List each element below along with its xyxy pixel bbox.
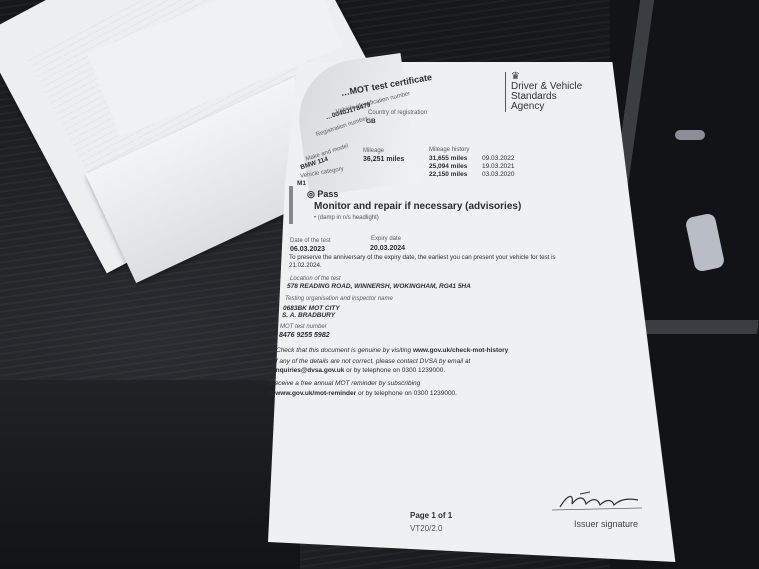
mileage-value: 36,251 miles bbox=[363, 156, 404, 163]
result-pass: ◎ Pass bbox=[307, 189, 338, 200]
reminder-line1: Receive a free annual MOT reminder by su… bbox=[270, 380, 420, 387]
location-label: Location of the test bbox=[290, 276, 341, 282]
org-line1: 0683BK MOT CITY bbox=[283, 305, 340, 312]
test-number-label: MOT test number bbox=[280, 324, 327, 330]
category-value: M1 bbox=[297, 180, 306, 187]
dvsa-email-link[interactable]: enquiries@dvsa.gov.uk bbox=[272, 367, 344, 374]
result-bar bbox=[289, 186, 293, 224]
org-label: Testing organisation and inspector name bbox=[285, 296, 393, 302]
form-code: VT20/2.0 bbox=[410, 524, 442, 533]
expiry-value: 20.03.2024 bbox=[370, 245, 405, 252]
anniversary-note: To preserve the anniversary of the expir… bbox=[289, 254, 579, 270]
mileage-label: Mileage bbox=[363, 148, 384, 154]
location-value: 578 READING ROAD, WINNERSH, WOKINGHAM, R… bbox=[287, 283, 471, 290]
issuer-signature bbox=[550, 490, 645, 514]
dvsa-logo: ♛ Driver & Vehicle Standards Agency bbox=[505, 72, 582, 112]
test-date-value: 06.03.2023 bbox=[290, 246, 325, 253]
country-value: GB bbox=[366, 118, 376, 125]
history-date: 03.03.2020 bbox=[482, 171, 515, 178]
reminder-line2: at www.gov.uk/mot-reminder or by telepho… bbox=[268, 390, 457, 397]
history-date: 19.03.2021 bbox=[482, 163, 515, 170]
history-miles: 31,655 miles bbox=[429, 155, 467, 162]
seat-lever bbox=[675, 130, 705, 140]
advisory-item: • (damp in n/s headlight) bbox=[314, 215, 379, 221]
test-date-label: Date of the test bbox=[290, 238, 331, 244]
advisory-heading: Monitor and repair if necessary (advisor… bbox=[314, 201, 521, 212]
signature-label: Issuer signature bbox=[574, 519, 638, 529]
org-line2: S. A. BRADBURY bbox=[282, 312, 335, 319]
history-date: 09.03.2022 bbox=[482, 155, 515, 162]
check-note: Check that this document is genuine by v… bbox=[276, 347, 508, 354]
mot-reminder-link[interactable]: www.gov.uk/mot-reminder bbox=[275, 390, 356, 397]
issuer-line: Agency bbox=[511, 102, 582, 112]
contact-line2: enquiries@dvsa.gov.uk or by telephone on… bbox=[272, 367, 445, 374]
history-miles: 22,150 miles bbox=[429, 171, 467, 178]
check-mot-link[interactable]: www.gov.uk/check-mot-history bbox=[413, 347, 508, 354]
contact-line1: If any of the details are not correct, p… bbox=[274, 358, 470, 365]
expiry-label: Expiry date bbox=[371, 236, 401, 242]
mileage-history-label: Mileage history bbox=[429, 147, 469, 153]
test-number-value: 8476 9255 5982 bbox=[279, 332, 330, 339]
seat-cushion bbox=[0, 380, 300, 569]
history-miles: 25,094 miles bbox=[429, 163, 467, 170]
page-number: Page 1 of 1 bbox=[410, 511, 452, 520]
country-label: Country of registration bbox=[368, 110, 427, 116]
